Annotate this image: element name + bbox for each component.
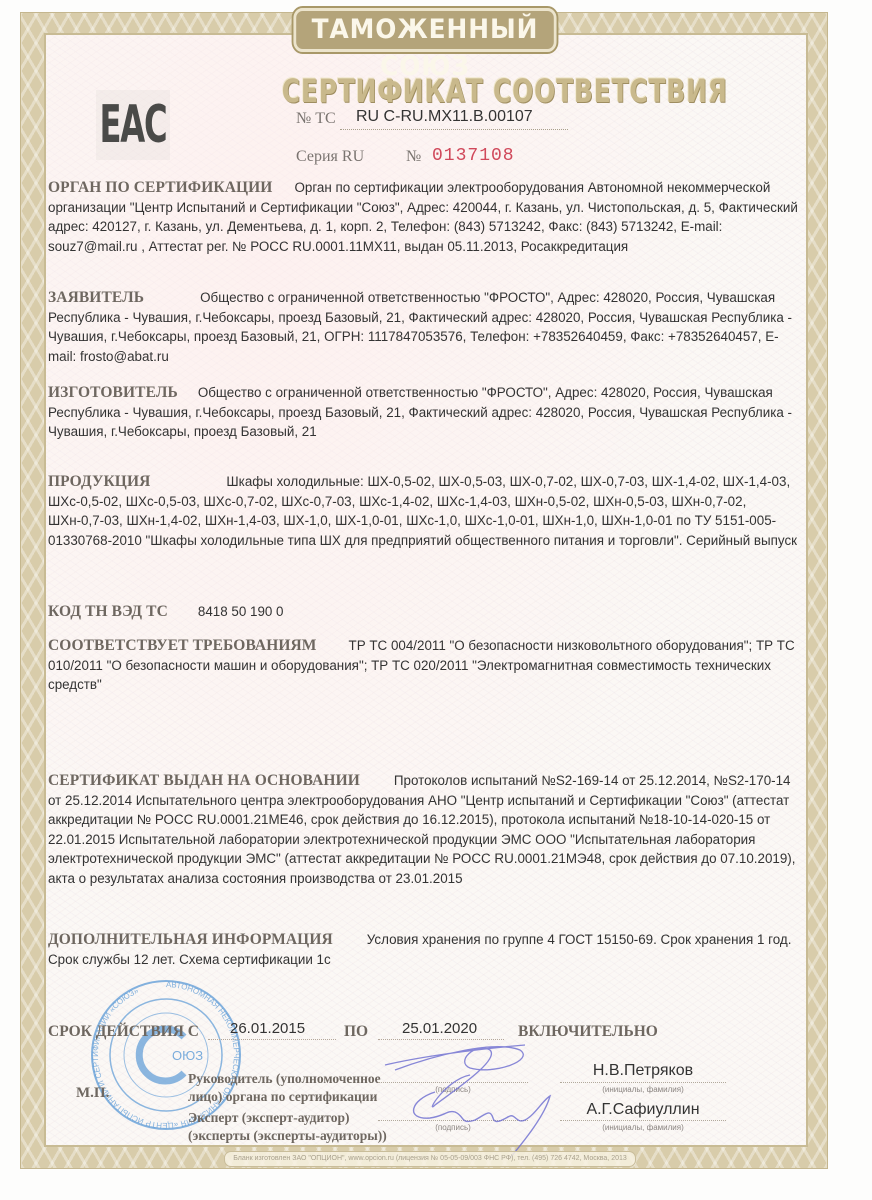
section-requirements: СООТВЕТСТВУЕТ ТРЕБОВАНИЯМТР ТС 004/2011 … xyxy=(48,636,798,695)
section-text: 8418 50 190 0 xyxy=(198,604,284,619)
section-text: Общество с ограниченной ответственностью… xyxy=(48,290,792,364)
expert-name-caption: (инициалы, фамилия) xyxy=(560,1123,726,1132)
head-label-line2: лицо) органа по сертификации xyxy=(188,1087,377,1106)
head-name-line xyxy=(560,1082,726,1083)
section-label: ЗАЯВИТЕЛЬ xyxy=(48,289,144,306)
head-label-line1: Руководитель (уполномоченное xyxy=(188,1069,381,1088)
expert-label-line1: Эксперт (эксперт-аудитор) xyxy=(188,1108,349,1127)
section-label: СООТВЕТСТВУЕТ ТРЕБОВАНИЯМ xyxy=(48,637,317,654)
customs-union-badge: ТАМОЖЕННЫЙ СОЮЗ xyxy=(293,8,556,52)
expert-name: А.Г.Сафиуллин xyxy=(560,1101,726,1119)
section-label: СЕРТИФИКАТ ВЫДАН НА ОСНОВАНИИ xyxy=(48,772,360,789)
expert-name-line xyxy=(560,1120,726,1121)
eac-mark: ЕАС xyxy=(96,90,170,160)
certificate-title: СЕРТИФИКАТ СООТВЕТСТВИЯ xyxy=(282,72,578,110)
head-name-caption: (инициалы, фамилия) xyxy=(560,1085,726,1094)
series-number: 0137108 xyxy=(432,146,515,166)
section-additional-info: ДОПОЛНИТЕЛЬНАЯ ИНФОРМАЦИЯУсловия хранени… xyxy=(48,930,798,969)
section-hs-code: КОД ТН ВЭД ТС8418 50 190 0 xyxy=(48,602,798,622)
series-number-label: № xyxy=(406,148,421,166)
validity-from-label: СРОК ДЕЙСТВИЯ С xyxy=(48,1023,199,1041)
section-label: ОРГАН ПО СЕРТИФИКАЦИИ xyxy=(48,179,272,196)
section-product: ПРОДУКЦИЯШкафы холодильные: ШХ-0,5-02, Ш… xyxy=(48,472,798,550)
section-label: ПРОДУКЦИЯ xyxy=(48,473,150,490)
section-label: КОД ТН ВЭД ТС xyxy=(48,603,168,620)
eac-logo-icon: ЕАС xyxy=(100,95,167,155)
section-text: Шкафы холодильные: ШХ-0,5-02, ШХ-0,5-03,… xyxy=(48,474,797,548)
handwritten-signature-icon xyxy=(375,1020,575,1160)
certificate-number: RU C-RU.MX11.B.00107 xyxy=(340,108,568,130)
certificate-number-label: № ТС xyxy=(296,110,336,128)
expert-label-line2: (эксперты (эксперты-аудиторы)) xyxy=(188,1126,387,1145)
head-name: Н.В.Петряков xyxy=(560,1062,726,1080)
validity-from-date: 26.01.2015 xyxy=(208,1020,336,1040)
section-label: ДОПОЛНИТЕЛЬНАЯ ИНФОРМАЦИЯ xyxy=(48,931,333,948)
section-applicant: ЗАЯВИТЕЛЬОбщество с ограниченной ответст… xyxy=(48,288,798,366)
section-label: ИЗГОТОВИТЕЛЬ xyxy=(48,384,178,401)
svg-text:ОЮЗ: ОЮЗ xyxy=(172,1048,203,1063)
series-label: Серия RU xyxy=(296,148,364,166)
section-basis: СЕРТИФИКАТ ВЫДАН НА ОСНОВАНИИПротоколов … xyxy=(48,771,798,889)
stamp-place-label: М.П. xyxy=(76,1085,109,1102)
section-text: Протоколов испытаний №S2-169-14 от 25.12… xyxy=(48,773,795,886)
printer-note: Бланк изготовлен ЗАО "ОПЦИОН", www.opcio… xyxy=(224,1151,636,1167)
validity-to-label: ПО xyxy=(344,1023,368,1041)
section-certification-body: ОРГАН ПО СЕРТИФИКАЦИИОрган по сертификац… xyxy=(48,178,798,256)
section-manufacturer: ИЗГОТОВИТЕЛЬОбщество с ограниченной отве… xyxy=(48,383,798,442)
